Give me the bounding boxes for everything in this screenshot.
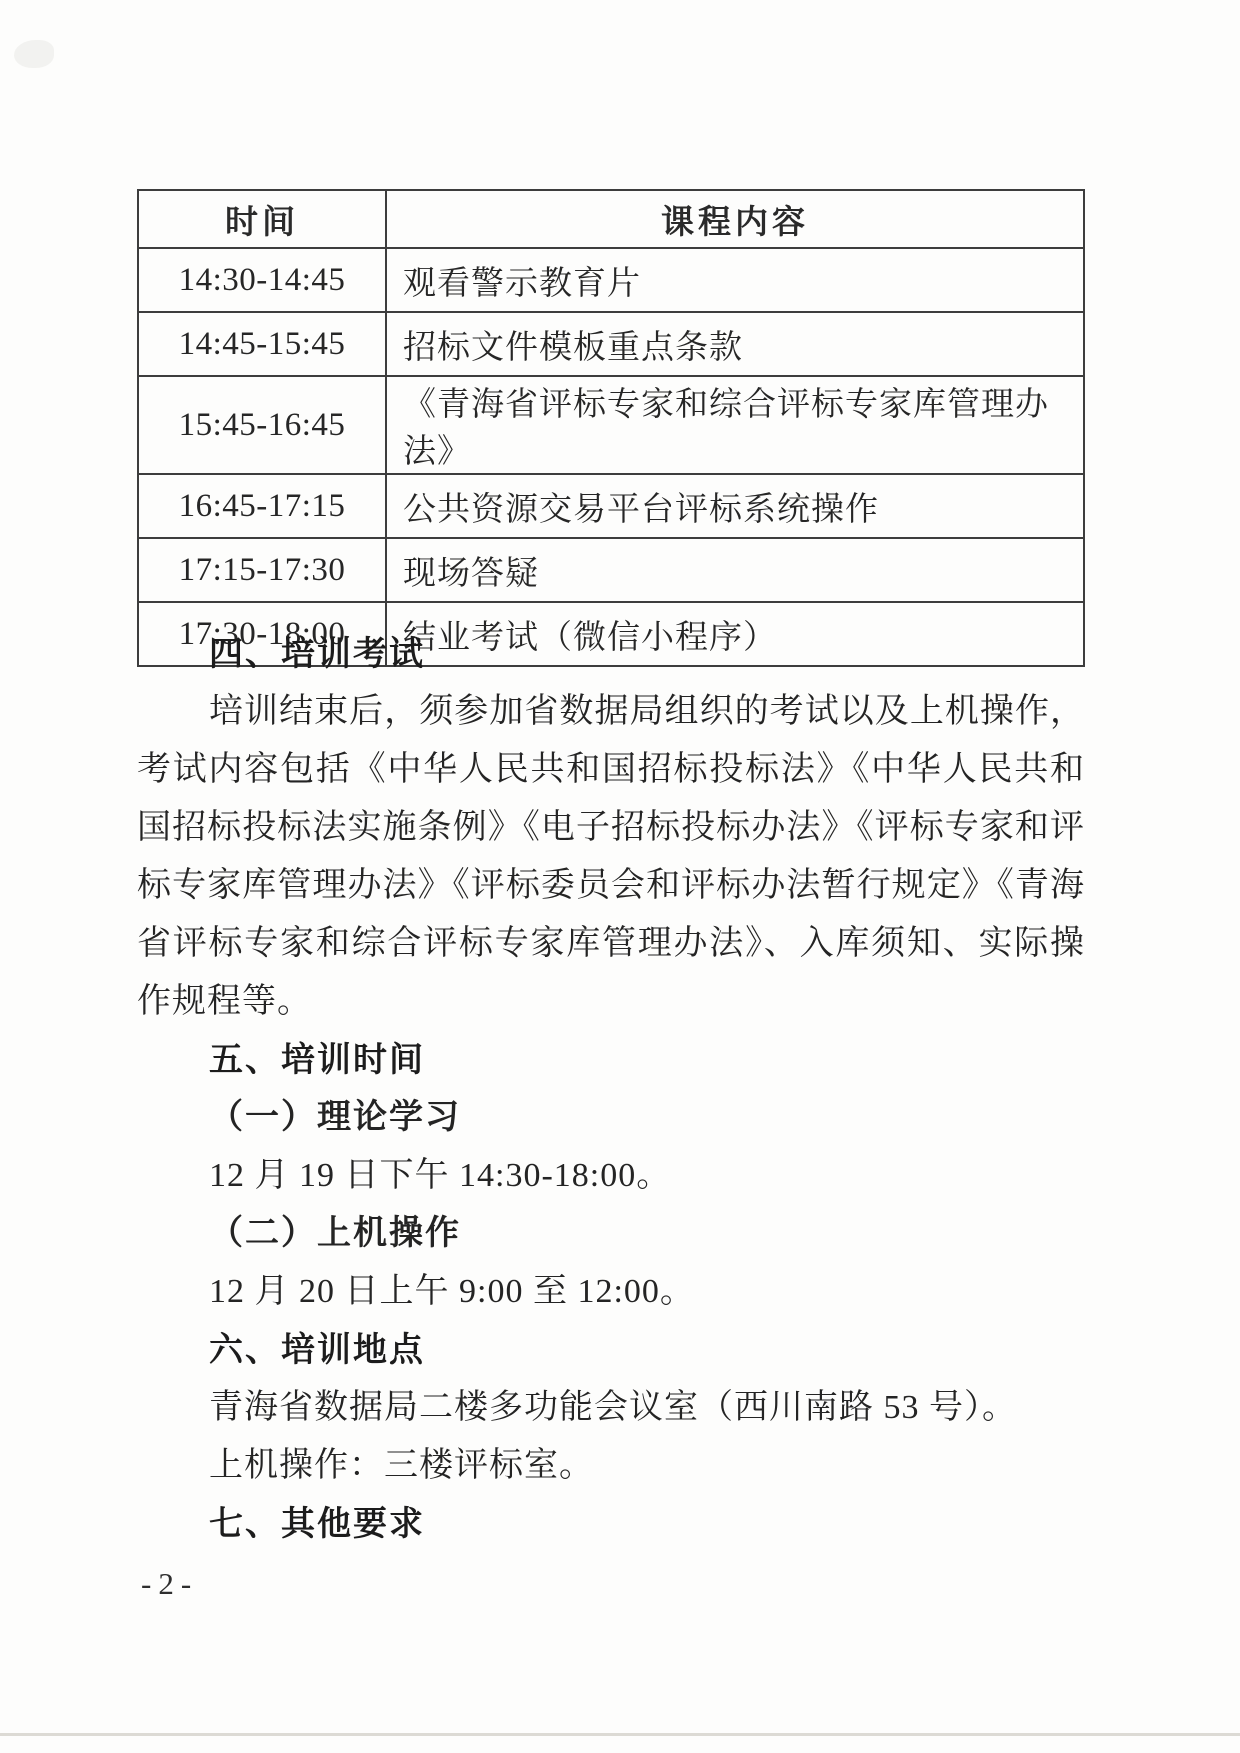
document-page: 时间 课程内容 14:30-14:45 观看警示教育片 14:45-15:45 … bbox=[0, 0, 1240, 1753]
cell-content: 观看警示教育片 bbox=[386, 248, 1084, 312]
cell-time: 14:45-15:45 bbox=[138, 312, 386, 376]
table-header-time: 时间 bbox=[138, 190, 386, 248]
location-line-main: 青海省数据局二楼多功能会议室（西川南路 53 号）。 bbox=[137, 1379, 1085, 1437]
subitem-theory-time: 12 月 19 日下午 14:30-18:00。 bbox=[137, 1147, 1085, 1205]
table-row: 14:30-14:45 观看警示教育片 bbox=[138, 248, 1084, 312]
section-training-exam-paragraph: 培训结束后，须参加省数据局组织的考试以及上机操作，考试内容包括《中华人民共和国招… bbox=[137, 683, 1085, 1031]
table-header-content: 课程内容 bbox=[386, 190, 1084, 248]
cell-content: 公共资源交易平台评标系统操作 bbox=[386, 474, 1084, 538]
cell-content: 现场答疑 bbox=[386, 538, 1084, 602]
subitem-practice-label: （二）上机操作 bbox=[137, 1205, 1085, 1263]
table-row: 17:15-17:30 现场答疑 bbox=[138, 538, 1084, 602]
section-heading-training-time: 五、培训时间 bbox=[137, 1031, 1085, 1089]
table-header-row: 时间 课程内容 bbox=[138, 190, 1084, 248]
cell-content: 《青海省评标专家和综合评标专家库管理办法》 bbox=[386, 376, 1084, 474]
scan-edge-shadow bbox=[0, 1733, 1240, 1736]
table-row: 14:45-15:45 招标文件模板重点条款 bbox=[138, 312, 1084, 376]
table-row: 16:45-17:15 公共资源交易平台评标系统操作 bbox=[138, 474, 1084, 538]
cell-time: 14:30-14:45 bbox=[138, 248, 386, 312]
cell-time: 16:45-17:15 bbox=[138, 474, 386, 538]
subitem-practice-time: 12 月 20 日上午 9:00 至 12:00。 bbox=[137, 1263, 1085, 1321]
cell-content: 招标文件模板重点条款 bbox=[386, 312, 1084, 376]
table-row: 15:45-16:45 《青海省评标专家和综合评标专家库管理办法》 bbox=[138, 376, 1084, 474]
subitem-theory-label: （一）理论学习 bbox=[137, 1089, 1085, 1147]
page-number: -2- bbox=[141, 1566, 198, 1602]
schedule-table: 时间 课程内容 14:30-14:45 观看警示教育片 14:45-15:45 … bbox=[137, 189, 1085, 667]
scan-smudge bbox=[14, 40, 54, 68]
section-heading-other-requirements: 七、其他要求 bbox=[137, 1495, 1085, 1553]
section-heading-training-exam: 四、培训考试 bbox=[137, 625, 1085, 683]
section-heading-training-location: 六、培训地点 bbox=[137, 1321, 1085, 1379]
cell-time: 17:15-17:30 bbox=[138, 538, 386, 602]
cell-time: 15:45-16:45 bbox=[138, 376, 386, 474]
location-line-practice: 上机操作：三楼评标室。 bbox=[137, 1437, 1085, 1495]
document-body: 四、培训考试 培训结束后，须参加省数据局组织的考试以及上机操作，考试内容包括《中… bbox=[137, 625, 1085, 1553]
